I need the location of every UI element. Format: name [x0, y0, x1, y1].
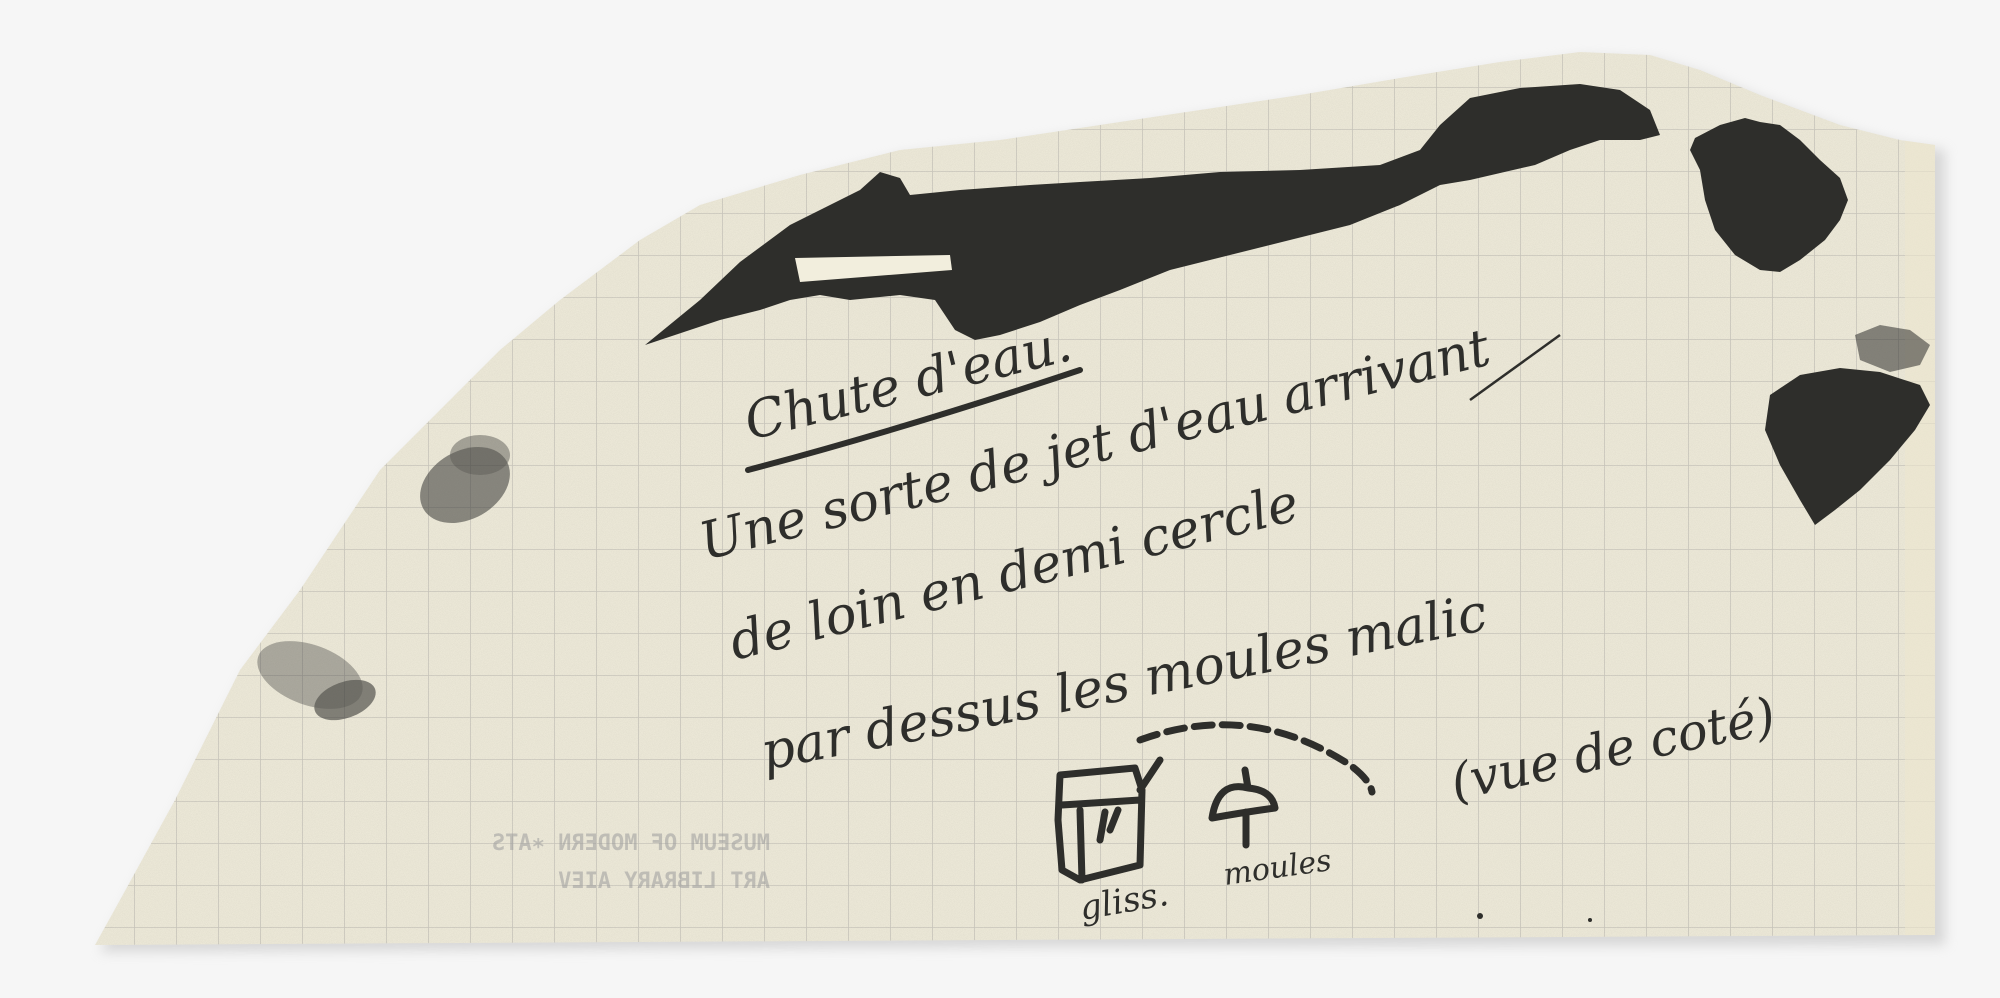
svg-text:MUSEUM OF MODERN ∗ATS: MUSEUM OF MODERN ∗ATS — [492, 831, 770, 856]
graph-paper: MUSEUM OF MODERN ∗ATS ART LIBRARY AIEV — [0, 0, 2000, 998]
torn-paper-artwork: MUSEUM OF MODERN ∗ATS ART LIBRARY AIEV — [0, 0, 2000, 998]
scan-stage: MUSEUM OF MODERN ∗ATS ART LIBRARY AIEV — [0, 0, 2000, 998]
svg-text:ART LIBRARY AIEV: ART LIBRARY AIEV — [558, 869, 770, 894]
